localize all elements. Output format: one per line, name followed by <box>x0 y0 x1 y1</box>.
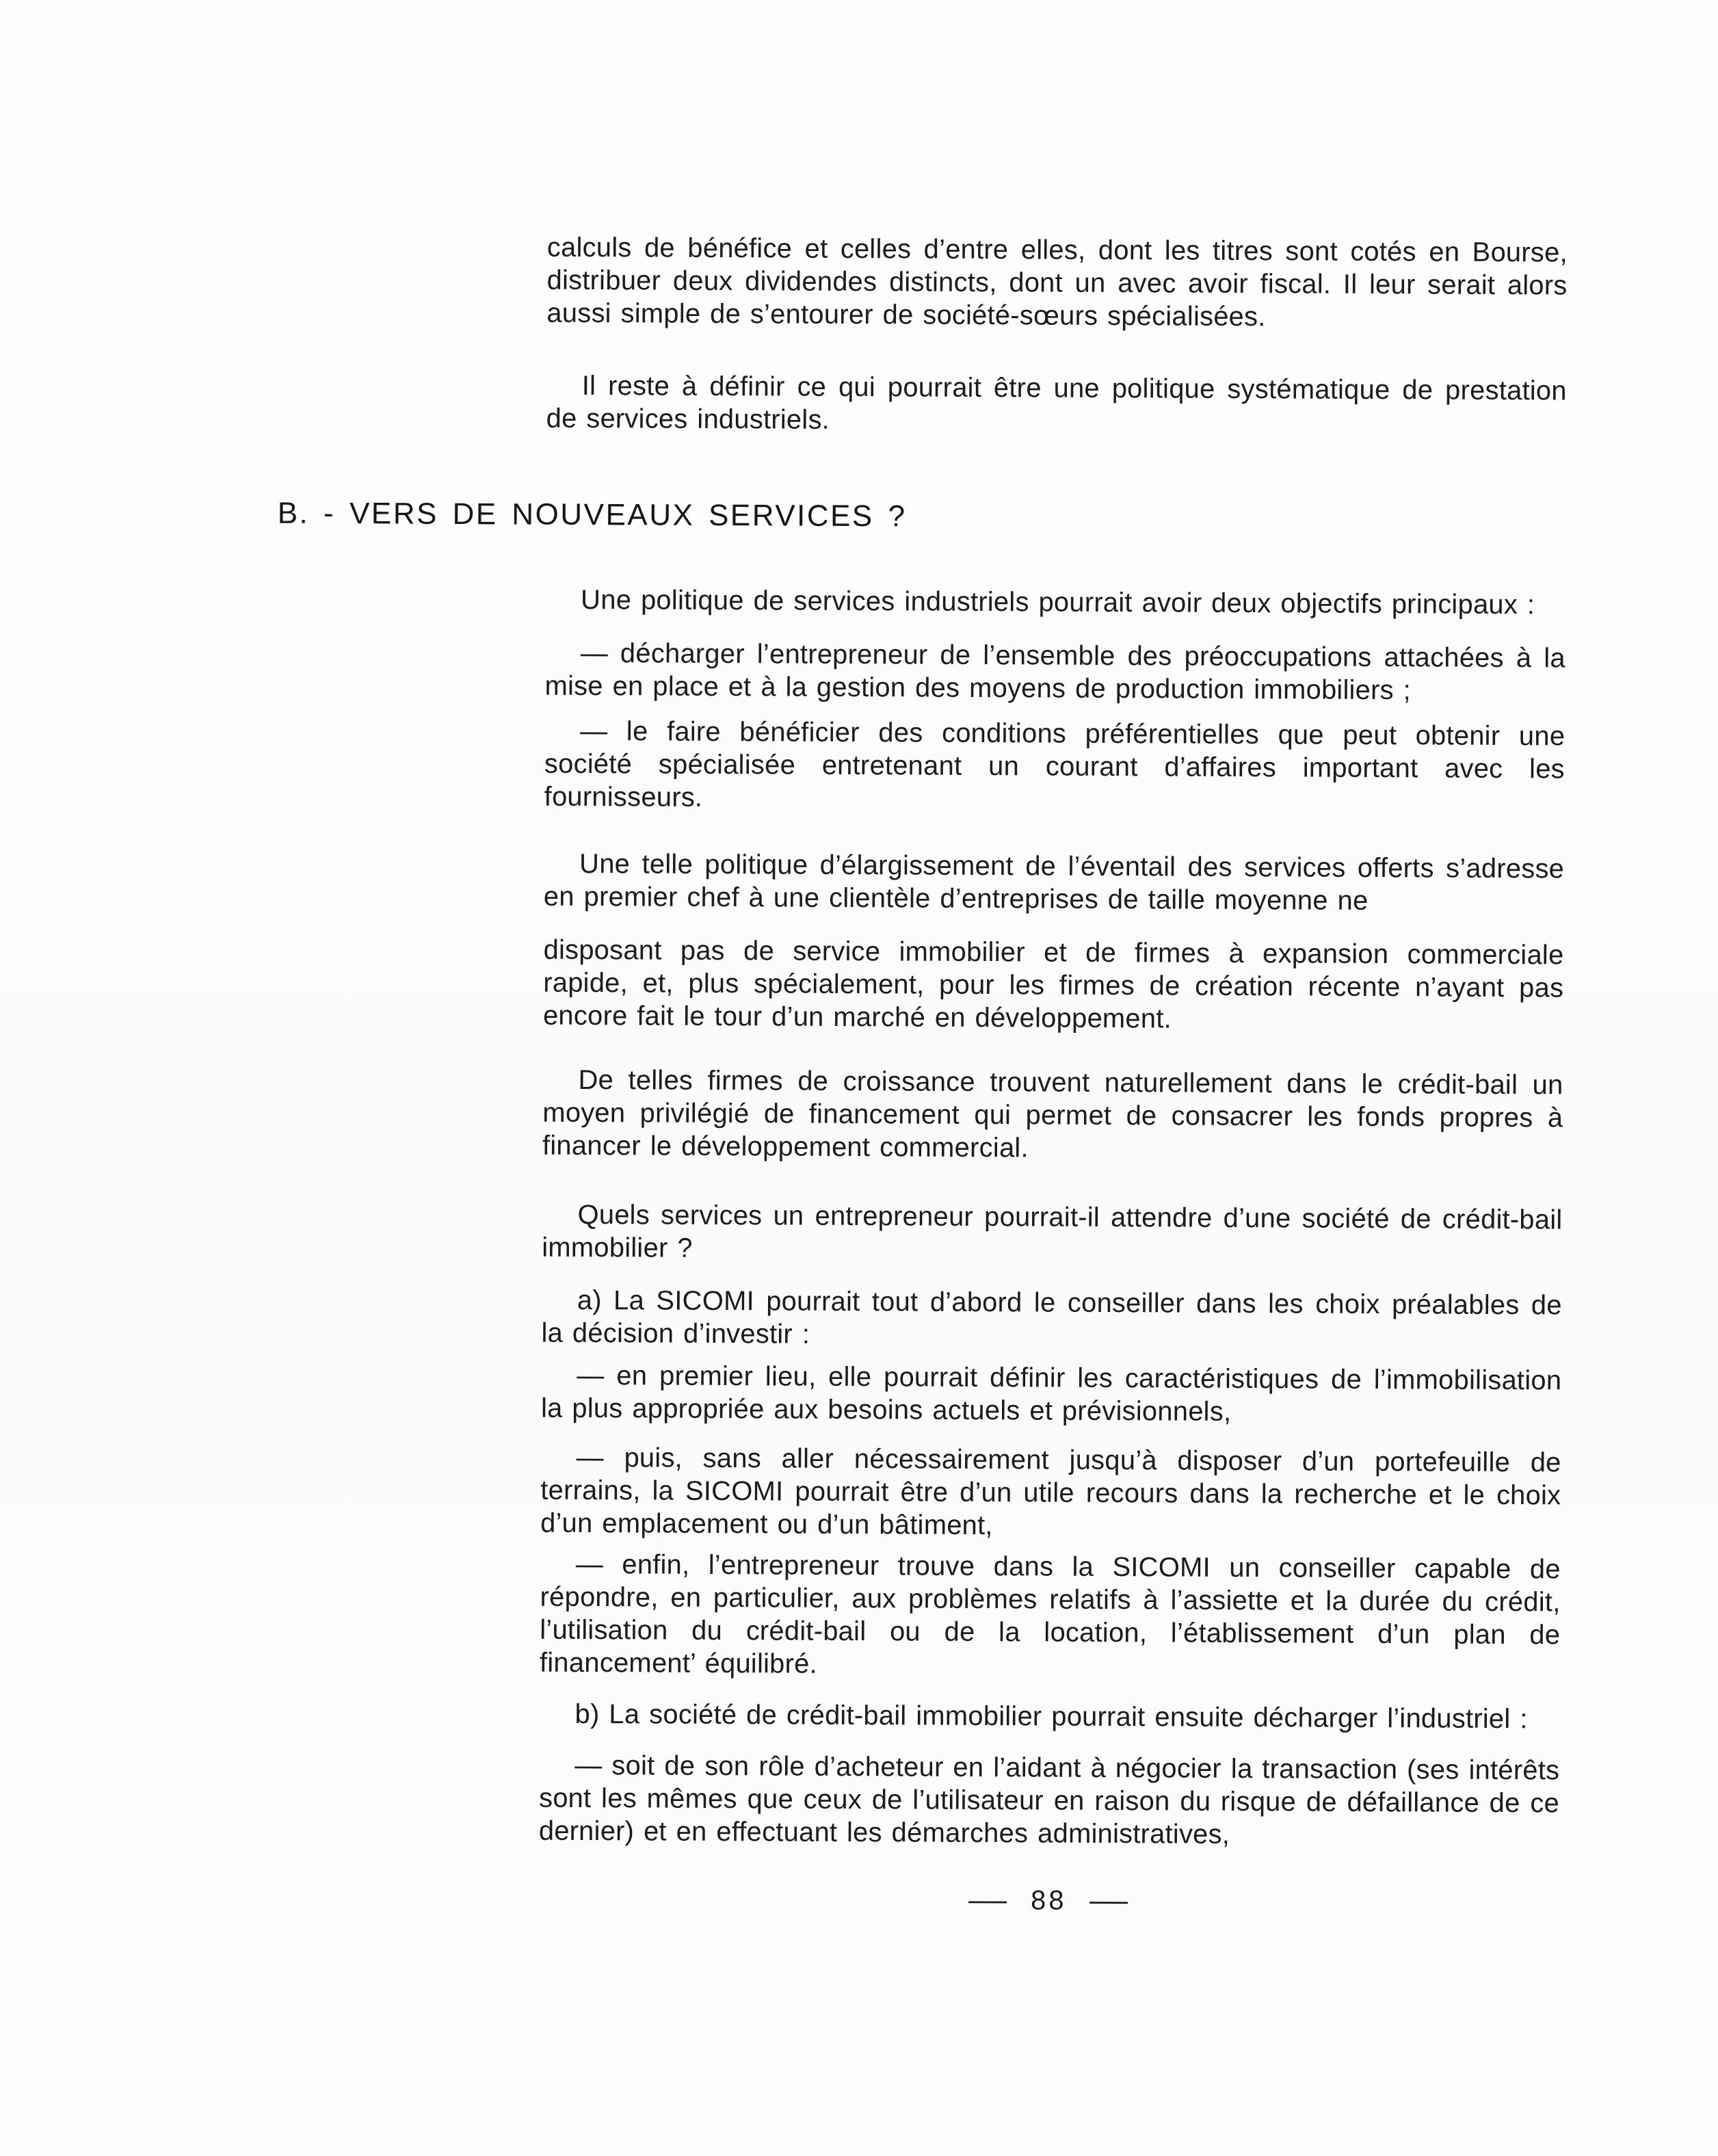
section-heading: B. - VERS DE NOUVEAUX SERVICES ? <box>278 497 1566 538</box>
paragraph: De telles firmes de croissance trouvent … <box>542 1064 1563 1168</box>
scanned-document-page: calculs de bénéfice et celles d’entre el… <box>0 0 1718 2156</box>
paragraph: Il reste à définir ce qui pourrait être … <box>546 369 1566 441</box>
paragraph: — en premier lieu, elle pourrait définir… <box>541 1359 1561 1430</box>
folio-dash-left: — <box>968 1885 1008 1916</box>
paragraph: Une telle politique d’élargissement de l… <box>544 847 1564 919</box>
paragraph: — décharger l’entrepreneur de l’ensemble… <box>544 637 1565 708</box>
folio-dash-right: — <box>1089 1886 1129 1917</box>
paragraph: — soit de son rôle d’acheteur en l’aidan… <box>539 1749 1560 1853</box>
paragraph: calculs de bénéfice et celles d’entre el… <box>546 231 1568 335</box>
page-content: calculs de bénéfice et celles d’entre el… <box>538 231 1568 1919</box>
paragraph: Une politique de services industriels po… <box>545 583 1565 622</box>
page-number: 88 <box>1031 1885 1067 1916</box>
page-footer: — 88 — <box>538 1883 1559 1919</box>
paragraph: — enfin, l’entrepreneur trouve dans la S… <box>540 1548 1561 1685</box>
paragraph: Quels services un entrepreneur pourrait-… <box>542 1198 1562 1270</box>
paragraph: — puis, sans aller nécessairement jusqu’… <box>540 1441 1561 1545</box>
paragraph: a) La SICOMI pourrait tout d’abord le co… <box>541 1284 1561 1355</box>
paragraph: disposant pas de service immobilier et d… <box>543 934 1564 1038</box>
document-body: calculs de bénéfice et celles d’entre el… <box>539 231 1568 1853</box>
paragraph: — le faire bénéficier des conditions pré… <box>544 715 1565 819</box>
paragraph: b) La société de crédit-bail immobilier … <box>540 1698 1560 1736</box>
